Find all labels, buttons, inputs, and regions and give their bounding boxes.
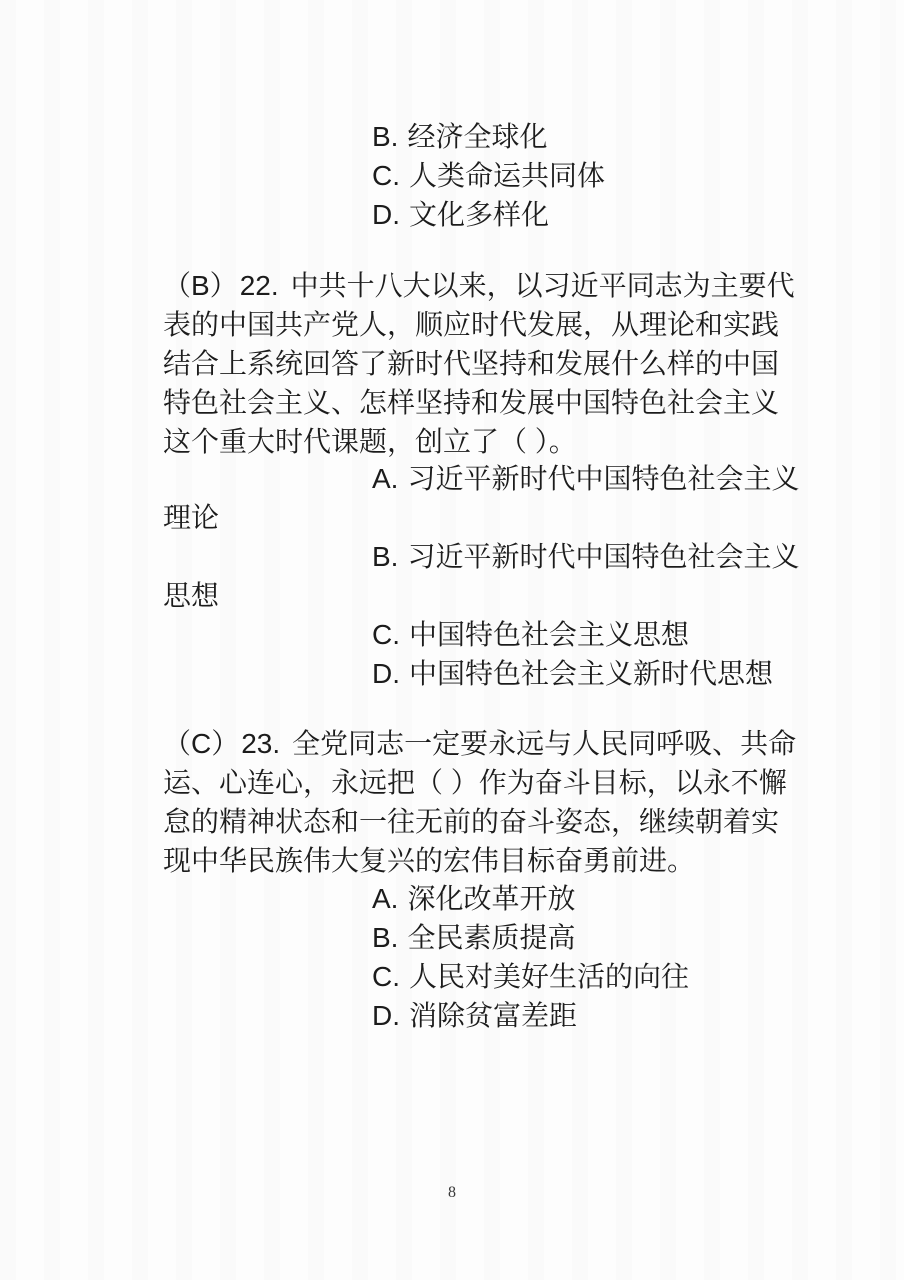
option-label: B. — [372, 922, 398, 953]
option-text: 文化多样化 — [409, 199, 549, 230]
option-row: B.经济全球化 — [163, 117, 805, 156]
option-label: A. — [372, 883, 398, 914]
option-text: 中国特色社会主义思想 — [409, 619, 689, 650]
page-number: 8 — [0, 1183, 904, 1203]
option-text: 深化改革开放 — [407, 883, 575, 914]
option-row: A.深化改革开放 — [163, 879, 805, 918]
question-23-stem: （C）23.全党同志一定要永远与人民同呼吸、共命运、心连心，永远把（ ）作为奋斗… — [163, 724, 805, 880]
option-row: C.中国特色社会主义思想 — [163, 615, 805, 654]
option-row: C.人类命运共同体 — [163, 156, 805, 195]
exam-page: B.经济全球化 C.人类命运共同体 D.文化多样化 （B）22.中共十八大以来，… — [0, 0, 904, 1280]
question-number: 22. — [240, 270, 279, 301]
option-row: D.消除贫富差距 — [163, 996, 805, 1035]
option-label: B. — [372, 541, 398, 572]
question-22: （B）22.中共十八大以来，以习近平同志为主要代表的中国共产党人，顺应时代发展，… — [163, 266, 805, 461]
option-text: 人类命运共同体 — [409, 160, 605, 191]
option-label: A. — [372, 463, 398, 494]
question-22-options: A.习近平新时代中国特色社会主义理论 B.习近平新时代中国特色社会主义思想 C.… — [163, 459, 805, 693]
option-text: 习近平新时代中国特色社会主义思想 — [163, 541, 799, 611]
answer-mark: （C） — [163, 728, 239, 759]
option-text: 经济全球化 — [407, 121, 547, 152]
option-text: 习近平新时代中国特色社会主义理论 — [163, 463, 799, 533]
option-label: B. — [372, 121, 398, 152]
option-label: C. — [372, 961, 400, 992]
question-23-options: A.深化改革开放 B.全民素质提高 C.人民对美好生活的向往 D.消除贫富差距 — [163, 879, 805, 1035]
option-row: B.习近平新时代中国特色社会主义思想 — [163, 537, 805, 615]
question-number: 23. — [241, 728, 280, 759]
option-row: D.文化多样化 — [163, 195, 805, 234]
option-label: C. — [372, 160, 400, 191]
option-row: B.全民素质提高 — [163, 918, 805, 957]
answer-mark: （B） — [163, 270, 238, 301]
question-23: （C）23.全党同志一定要永远与人民同呼吸、共命运、心连心，永远把（ ）作为奋斗… — [163, 724, 805, 880]
option-label: D. — [372, 1000, 400, 1031]
question-21-remaining-options: B.经济全球化 C.人类命运共同体 D.文化多样化 — [163, 117, 805, 234]
option-text: 人民对美好生活的向往 — [409, 961, 689, 992]
option-row: D.中国特色社会主义新时代思想 — [163, 654, 805, 693]
option-text: 中国特色社会主义新时代思想 — [409, 658, 773, 689]
option-label: D. — [372, 658, 400, 689]
option-row: C.人民对美好生活的向往 — [163, 957, 805, 996]
option-row: A.习近平新时代中国特色社会主义理论 — [163, 459, 805, 537]
question-22-stem: （B）22.中共十八大以来，以习近平同志为主要代表的中国共产党人，顺应时代发展，… — [163, 266, 805, 461]
option-text: 全民素质提高 — [407, 922, 575, 953]
option-text: 消除贫富差距 — [409, 1000, 577, 1031]
option-label: C. — [372, 619, 400, 650]
option-label: D. — [372, 199, 400, 230]
